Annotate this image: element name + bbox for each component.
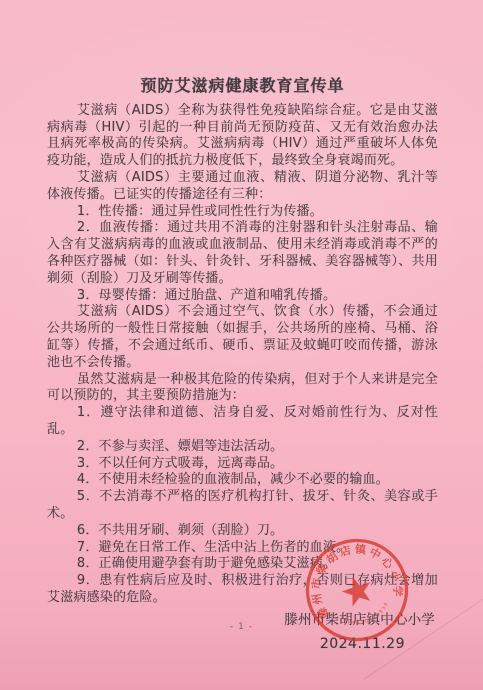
transmission-route-item: 3．母婴传播：通过胎盘、产道和哺乳传播。 (47, 288, 438, 305)
prevention-measure-item: 8．正确使用避孕套有助于避免感染艾滋病。 (47, 556, 438, 573)
transmission-route-item: 1．性传播：通过异性或同性性行为传播。 (47, 204, 438, 221)
intro-paragraph: 艾滋病（AIDS）全称为获得性免疫缺陷综合症。它是由艾滋病病毒（HIV）引起的一… (47, 103, 438, 170)
signature-block: 滕州市柴胡店镇中心小学 2024.11.29 (47, 612, 438, 653)
flyer-title: 预防艾滋病健康教育宣传单 (47, 78, 438, 95)
prevention-intro: 虽然艾滋病是一种极其危险的传染病，但对于个人来讲是完全可以预防的，其主要预防措施… (47, 372, 438, 406)
prevention-measure-item: 4．不使用未经检验的血液制品，减少不必要的输血。 (47, 472, 438, 489)
flyer-content: 预防艾滋病健康教育宣传单 艾滋病（AIDS）全称为获得性免疫缺陷综合症。它是由艾… (47, 78, 438, 652)
prevention-measure-item: 1．遵守法律和道德、洁身自爱、反对婚前性行为、反对性乱。 (47, 405, 438, 439)
prevention-measure-item: 9．患有性病后应及时、积极进行治疗，否则已存病灶会增加艾滋病感染的危险。 (47, 573, 438, 607)
no-transmission-paragraph: 艾滋病（AIDS）不会通过空气、饮食（水）传播，不会通过公共场所的一般性日常接触… (47, 304, 438, 371)
flyer-page: 预防艾滋病健康教育宣传单 艾滋病（AIDS）全称为获得性免疫缺陷综合症。它是由艾… (0, 0, 483, 690)
page-number: - 1 - (0, 622, 483, 632)
prevention-measure-item: 7．避免在日常工作、生活中沾上伤者的血液。 (47, 540, 438, 557)
prevention-measure-item: 6．不共用牙刷、剃须（刮脸）刀。 (47, 523, 438, 540)
prevention-measure-item: 3．不以任何方式吸毒，远离毒品。 (47, 456, 438, 473)
prevention-measures-list: 1．遵守法律和道德、洁身自爱、反对婚前性行为、反对性乱。 2．不参与卖淫、嫖娼等… (47, 405, 438, 607)
transmission-route-item: 2．血液传播：通过共用不消毒的注射器和针头注射毒品、输入含有艾滋病病毒的血液或血… (47, 220, 438, 287)
transmission-routes-list: 1．性传播：通过异性或同性性行为传播。 2．血液传播：通过共用不消毒的注射器和针… (47, 204, 438, 305)
prevention-measure-item: 2．不参与卖淫、嫖娼等违法活动。 (47, 439, 438, 456)
issue-date: 2024.11.29 (47, 636, 438, 653)
prevention-measure-item: 5．不去消毒不严格的医疗机构打针、拔牙、针灸、美容或手术。 (47, 489, 438, 523)
transmission-intro: 艾滋病（AIDS）主要通过血液、精液、阴道分泌物、乳汁等体液传播。已证实的传播途… (47, 170, 438, 204)
